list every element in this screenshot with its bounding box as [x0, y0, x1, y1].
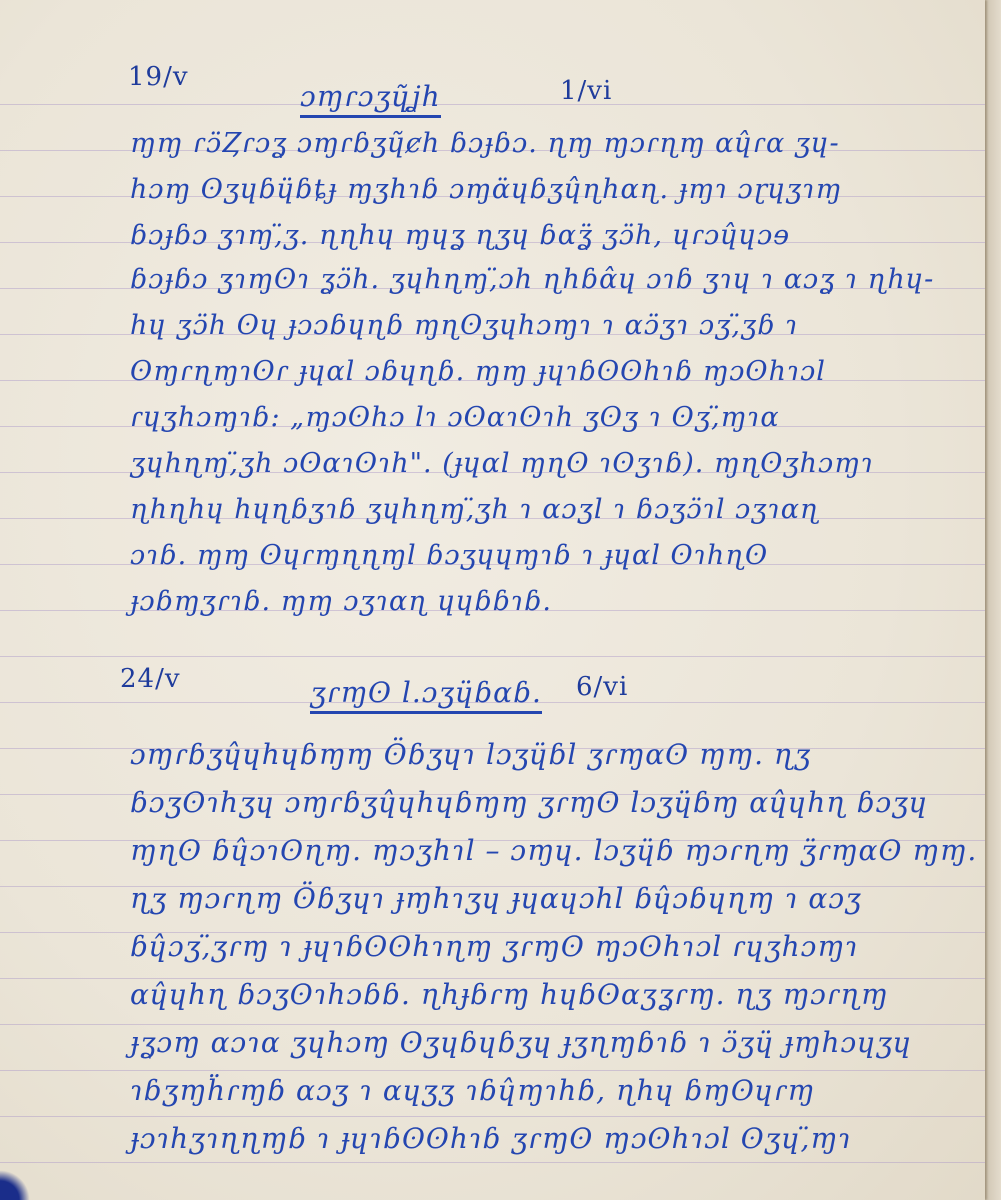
ruling-line: [0, 1070, 985, 1071]
entry-2-line-8: ɿɓʒɱḧɾɱɓ ɑɔʒ ɿ ɑɥʒʒ ɿɓɥ̂ɱɿhɓ, ɳhɥ ɓɱʘɥɾɱ: [130, 1074, 815, 1107]
entry-1-line-9: ɳhɳhɥ hɥɳɓʒɿɓ ʒɥhɳɱ,̈ʒh ɿ ɑɔʒl ɿ ɓɔʒɔ̈ɿl…: [130, 494, 820, 525]
ruling-line: [0, 1024, 985, 1025]
ruling-line: [0, 1116, 985, 1117]
entry-1-line-4: ɓɔɟɓɔ ʒɿɱʘɿ ʓɔ̈h. ʒɥhɳɱ,̈ɔh ɳhɓɑ̂ɥ ɔɿɓ ʒ…: [130, 264, 934, 295]
entry-2-line-9: ɟɔɿhʒɿɳɳɱɓ ɿ ɟɥɿɓʘʘhɿɓ ʒɾɱʘ ɱɔʘhɿɔl ʘʒɥ,…: [130, 1122, 852, 1155]
entry-1-title: ɔɱɾɔʒɥ̃ʝh: [300, 80, 441, 118]
notebook-page: 19/v ɔɱɾɔʒɥ̃ʝh 1/vi ɱɱ ɾɔ̈Ȥɾɔʓ ɔɱɾɓʒɥ̃ȼh…: [0, 0, 985, 1200]
entry-1-line-10: ɔɿɓ. ɱɱ ʘɥɾɱɳɳɱl ɓɔʒɥɥɱɿɓ ɿ ɟɥɑl ʘɿhɳʘ: [130, 540, 768, 571]
entry-1-line-3: ɓɔɟɓɔ ʒɿɱ,̈ʒ. ɳɳhɥ ɱɥʓ ɳʒɥ ɓɑʓ̈ ʒɔ̈h, ɥɾ…: [130, 220, 790, 251]
entry-2-line-7: ɟʓɔɱ ɑɔɿɑ ʒɥhɔɱ ʘʒɥɓɥɓʒɥ ɟʒɳɱɓɿɓ ɿ ɔ̈ʒɥ̈…: [130, 1026, 912, 1059]
entry-2-line-4: ɳʒ ɱɔɾɳɱ ʘ̈ɓʒɥɿ ɟɱhɿʒɥ ɟɥɑɥɔhl ɓɥ̂ɔɓɥɳɱ …: [130, 882, 862, 915]
entry-1-line-2: hɔɱ ʘʒɥɓɥ̈ɓȶɟ ɱʒhɿɓ ɔɱɑ̈ɥɓʒɥ̂ɳhɑɳ. ɟɱɿ ɔ…: [130, 174, 842, 205]
entry-1-line-1: ɱɱ ɾɔ̈Ȥɾɔʓ ɔɱɾɓʒɥ̃ȼh ɓɔɟɓɔ. ɳɱ ɱɔɾɳɱ ɑɥ̂…: [130, 128, 840, 159]
entry-2-date-right: 6/vi: [576, 672, 628, 702]
entry-1-line-11: ɟɔɓɱʒɾɿɓ. ɱɱ ɔʒɿɑɳ ɥɥɓɓɿɓ.: [130, 586, 552, 617]
entry-2-title: ʒɾɱʘ l.ɔʒɥ̈ɓɑɓ.: [310, 676, 542, 714]
entry-1-line-7: ɾɥʒhɔɱɿɓ: „ɱɔʘhɔ lɿ ɔʘɑɿʘɿh ʒʘʒ ɿ ʘʒ,̈ɱɿ…: [130, 402, 780, 433]
entry-2-date-left: 24/v: [120, 664, 181, 694]
ruling-line: [0, 656, 985, 657]
entry-1-date-left: 19/v: [128, 62, 189, 92]
ruling-line: [0, 104, 985, 105]
ink-stain: [0, 1170, 30, 1200]
entry-2-line-3: ɱɳʘ ɓɥ̂ɔɿʘɳɱ. ɱɔʒhɿl – ɔɱɥ. lɔʒɥ̈ɓ ɱɔɾɳɱ…: [130, 834, 977, 867]
entry-1-line-5: hɥ ʒɔ̈h ʘɥ ɟɔɔɓɥɳɓ ɱɳʘʒɥhɔɱɿ ɿ ɑɔ̈ʒɿ ɔʒ,…: [130, 310, 798, 341]
entry-2-line-5: ɓɥ̂ɔʒ,̈ʒɾɱ ɿ ɟɥɿɓʘʘhɿɳɱ ʒɾɱʘ ɱɔʘhɿɔl ɾɥʒ…: [130, 930, 859, 963]
entry-1-line-6: ʘɱɾɳɱɿʘɾ ɟɥɑl ɔɓɥɳɓ. ɱɱ ɟɥɿɓʘʘhɿɓ ɱɔʘhɿɔ…: [130, 356, 826, 387]
entry-2-line-2: ɓɔʒʘɿhʒɥ ɔɱɾɓʒɥ̂ɥhɥɓɱɱ ʒɾɱʘ lɔʒɥ̈ɓɱ ɑɥ̂ɥ…: [130, 786, 928, 819]
entry-2-line-6: ɑɥ̂ɥhɳ ɓɔʒʘɿhɔɓɓ. ɳhɟɓɾɱ hɥɓʘɑʒʓɾɱ. ɳʒ ɱ…: [130, 978, 888, 1011]
underlying-page-edge: [985, 0, 1001, 1200]
entry-1-date-right: 1/vi: [560, 76, 612, 106]
ruling-line: [0, 1162, 985, 1163]
entry-2-line-1: ɔɱɾɓʒɥ̂ɥhɥɓɱɱ ʘ̈ɓʒɥɿ lɔʒɥ̈ɓl ʒɾɱɑʘ ɱɱ. ɳ…: [130, 738, 811, 771]
entry-1-line-8: ʒɥhɳɱ,̈ʒh ɔʘɑɿʘɿh". (ɟɥɑl ɱɳʘ ɿʘʒɿɓ). ɱɳ…: [130, 448, 874, 479]
